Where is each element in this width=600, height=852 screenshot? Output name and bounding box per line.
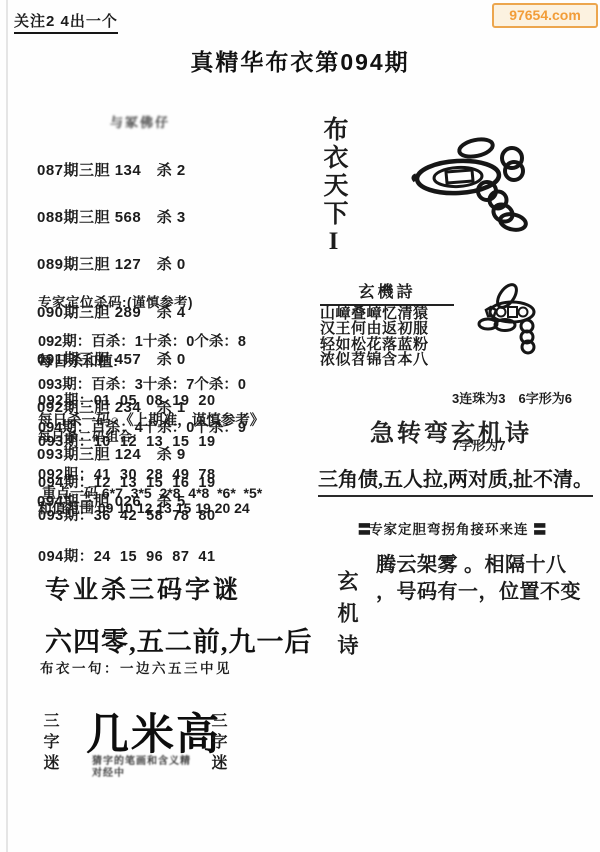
- note-line: 猜字的笔画和含义精: [92, 756, 191, 768]
- page-title: 真精华布衣第094期: [50, 44, 550, 77]
- dan-history-row: 087期三胆 134 杀 2: [37, 163, 186, 179]
- scanned-lottery-sheet: 关注2 4出一个 97654.com 真精华布衣第094期 与冢佛仔 087期三…: [0, 0, 600, 852]
- three-riddle-note: 猜字的笔画和含义精 对经中: [92, 756, 191, 779]
- three-riddle-label-right: 三字迷: [206, 712, 229, 775]
- xuanji-vertical-title: 玄机诗: [331, 570, 361, 666]
- footer-decor-left: 〓: [358, 522, 370, 537]
- poem-line: 轻如松花落蓝粉: [320, 337, 454, 352]
- bead-caption-line: 3连珠为3 6字形为6: [452, 391, 572, 407]
- daily-kill-sum-row: 092期：01 05 08 19 20: [38, 395, 216, 409]
- focus-note: 关注2 4出一个: [14, 10, 118, 34]
- note-line: 对经中: [92, 768, 191, 780]
- poem-line: 汉王何由返初服: [320, 321, 454, 336]
- position-kill-row: 092期：百杀：1十杀：0个杀：8: [38, 335, 246, 349]
- bead-cluster-sketch: [477, 277, 547, 357]
- cloud-riddle-line: ，号码有一，位置不变: [376, 579, 581, 606]
- dan-history-row: 089期三胆 127 杀 0: [37, 257, 186, 273]
- poem-line: 浓似苕锦含本八: [320, 352, 454, 367]
- sharp-turn-line-wrap: 三角债,五人拉,两对质,扯不清。: [318, 463, 584, 497]
- daily-kill-two-row: 094期：24 15 96 87 41: [38, 551, 216, 565]
- blurred-section-header: 与冢佛仔: [60, 112, 220, 131]
- sharp-turn-footer: 〓专家定胆弯拐角接环来连 〓: [320, 518, 582, 538]
- xuanji-poem-title: 玄機詩: [320, 279, 454, 306]
- three-riddle-word: 几米高: [86, 701, 221, 762]
- xuanji-poem-box: 玄機詩 山嶂叠嶂忆清猿 汉王何由返初服 轻如松花落蓝粉 浓似苕锦含本八: [320, 279, 454, 368]
- dan-history-row: 088期三胆 568 杀 3: [37, 210, 186, 226]
- three-riddle-label-left: 三字迷: [38, 712, 61, 775]
- sum-range-line: 和值范围 09 10 12 13 15 19 20 24: [38, 498, 250, 518]
- footer-text: 专家定胆弯拐角接环来连: [369, 522, 529, 537]
- sharp-turn-title: 急转弯玄机诗: [320, 413, 582, 448]
- kill-three-riddle: 六四零,五二前,九一后: [45, 620, 313, 659]
- daily-kill-two-row: 092胆：41 30 28 49 78: [38, 469, 216, 483]
- buyi-sentence: 布衣一句：一边六五三中见: [40, 657, 232, 677]
- site-watermark[interactable]: 97654.com: [492, 3, 598, 28]
- scan-artifact-line: [6, 0, 8, 852]
- kill-three-title: 专业杀三码字谜: [45, 570, 241, 606]
- coin-doodle-sketch: [378, 130, 558, 245]
- sharp-turn-riddle: 三角债,五人拉,两对质,扯不清。: [318, 463, 593, 497]
- buyi-tianxia-vertical: 布衣天下I: [315, 116, 351, 276]
- cloud-riddle-line: 腾云架雾 。相隔十八: [376, 552, 581, 579]
- footer-decor-right: 〓: [533, 522, 545, 537]
- cloud-riddle-text: 腾云架雾 。相隔十八 ，号码有一，位置不变: [376, 552, 581, 606]
